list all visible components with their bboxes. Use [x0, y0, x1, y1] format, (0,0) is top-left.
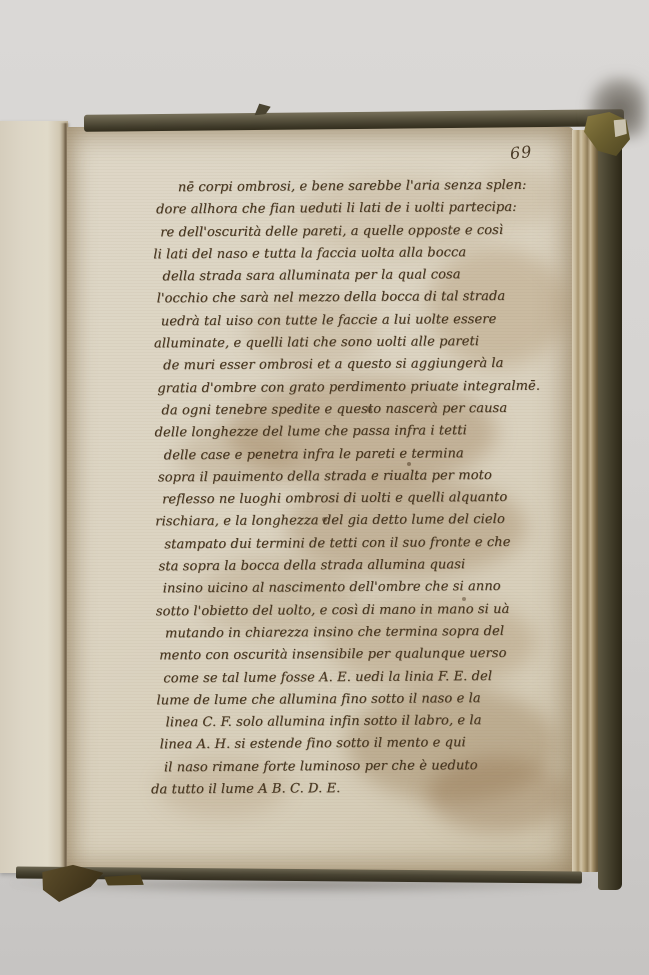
text-line: stampato dui termini de tetti con il suo…: [149, 531, 557, 556]
text-line: de muri esser ombrosi et a questo si agg…: [148, 353, 556, 378]
text-line: mento con oscurità insensibile per qualu…: [150, 643, 558, 668]
text-line: come se tal lume fosse A. E. uedi la lin…: [150, 665, 558, 690]
text-line: insino uicino al nascimento dell'ombre c…: [150, 576, 558, 601]
text-line: della strada sara alluminata per la qual…: [147, 264, 555, 289]
photo-backdrop: 69 nē corpi ombrosi, e bene sarebbe l'ar…: [0, 0, 649, 975]
page-number: 69: [509, 142, 533, 163]
text-line: da ogni tenebre spedite e questo nascerà…: [148, 398, 556, 423]
manuscript-page: 69 nē corpi ombrosi, e bene sarebbe l'ar…: [67, 127, 573, 874]
text-line: alluminate, e quelli lati che sono uolti…: [148, 331, 556, 356]
text-line: linea A. H. si estende fino sotto il men…: [151, 732, 559, 757]
text-line: rischiara, e la longhezza del gia detto …: [149, 509, 557, 534]
text-line: nē corpi ombrosi, e bene sarebbe l'aria …: [147, 175, 555, 200]
text-line: li lati del naso e tutta la faccia uolta…: [147, 241, 555, 266]
text-line: uedrà tal uiso con tutte le faccie a lui…: [148, 308, 556, 333]
facing-page-edge: [0, 121, 68, 873]
text-line: mutando in chiarezza insino che termina …: [150, 621, 558, 646]
text-line: sopra il pauimento della strada e riualt…: [149, 464, 557, 489]
text-line: lume de lume che allumina fino sotto il …: [150, 687, 558, 712]
fore-edge-page-stack: [572, 130, 600, 872]
text-line: reflesso ne luoghi ombrosi di uolti e qu…: [149, 487, 557, 512]
text-line: sta sopra la bocca della strada allumina…: [149, 554, 557, 579]
tail-shadow: [10, 880, 590, 894]
text-line: sotto l'obietto del uolto, e così di man…: [150, 598, 558, 623]
text-line: gratia d'ombre con grato perdimento priu…: [148, 375, 556, 400]
text-line: il naso rimane forte luminoso per che è …: [151, 754, 559, 779]
text-line: re dell'oscurità delle pareti, a quelle …: [147, 219, 555, 244]
text-line: delle case e penetra infra le pareti e t…: [149, 442, 557, 467]
text-line: delle longhezze del lume che passa infra…: [149, 420, 557, 445]
text-line: dore allhora che fian ueduti li lati de …: [147, 197, 555, 222]
text-block: nē corpi ombrosi, e bene sarebbe l'aria …: [147, 175, 559, 802]
cover-board-edge: [598, 112, 622, 890]
text-line: l'occhio che sarà nel mezzo della bocca …: [148, 286, 556, 311]
text-line: linea C. F. solo allumina infin sotto il…: [151, 710, 559, 735]
text-line: da tutto il lume A B. C. D. E.: [151, 777, 559, 802]
